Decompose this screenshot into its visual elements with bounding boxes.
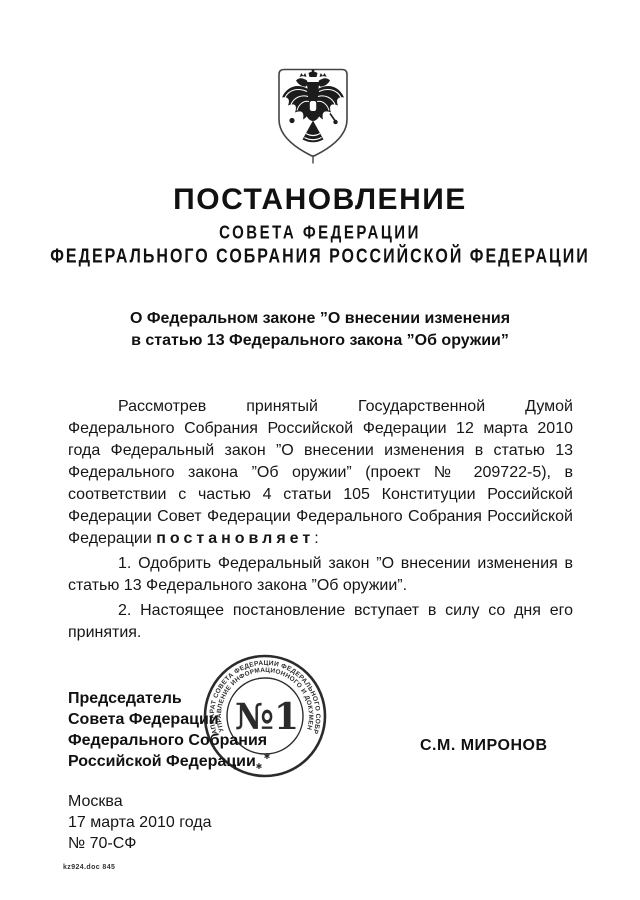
document-body: Рассмотрев принятый Государственной Думо… xyxy=(68,396,573,644)
resolution-item-1: 1. Одобрить Федеральный закон ”О внесени… xyxy=(68,553,573,597)
stamp-number: №1 xyxy=(235,696,299,738)
document-title: ПОСТАНОВЛЕНИЕ xyxy=(0,183,640,217)
issue-details: Москва 17 марта 2010 года № 70-СФ xyxy=(68,791,211,854)
resolution-item-2: 2. Настоящее постановление вступает в си… xyxy=(68,600,573,644)
document-page: ПОСТАНОВЛЕНИЕ СОВЕТА ФЕДЕРАЦИИ ФЕДЕРАЛЬН… xyxy=(0,0,640,900)
subject-line-2: в статью 13 Федерального закона ”Об оруж… xyxy=(0,330,640,352)
preamble-paragraph: Рассмотрев принятый Государственной Думо… xyxy=(68,396,573,550)
issue-city: Москва xyxy=(68,791,211,812)
title-council: СОВЕТА ФЕДЕРАЦИИ xyxy=(0,222,640,239)
title-federal-assembly: ФЕДЕРАЛЬНОГО СОБРАНИЯ РОССИЙСКОЙ ФЕДЕРАЦ… xyxy=(0,246,640,264)
subject-heading: О Федеральном законе ”О внесении изменен… xyxy=(0,308,640,352)
resolves-emphasis: постановляет xyxy=(156,530,314,547)
official-round-stamp: АППАРАТ СОВЕТА ФЕДЕРАЦИИ ФЕДЕРАЛЬНОГО СО… xyxy=(201,652,329,780)
issue-date: 17 марта 2010 года xyxy=(68,812,211,833)
file-reference-note: kz924.doc 845 xyxy=(63,864,115,871)
signatory-name: С.М. МИРОНОВ xyxy=(420,737,548,755)
stamp-star-inner: ✱ xyxy=(264,752,271,761)
breast-shield xyxy=(309,101,316,112)
stamp-star-outer: ✱ xyxy=(256,762,263,771)
issue-number: № 70-СФ xyxy=(68,833,211,854)
subject-line-1: О Федеральном законе ”О внесении изменен… xyxy=(0,308,640,330)
russian-coat-of-arms-icon xyxy=(277,66,349,166)
